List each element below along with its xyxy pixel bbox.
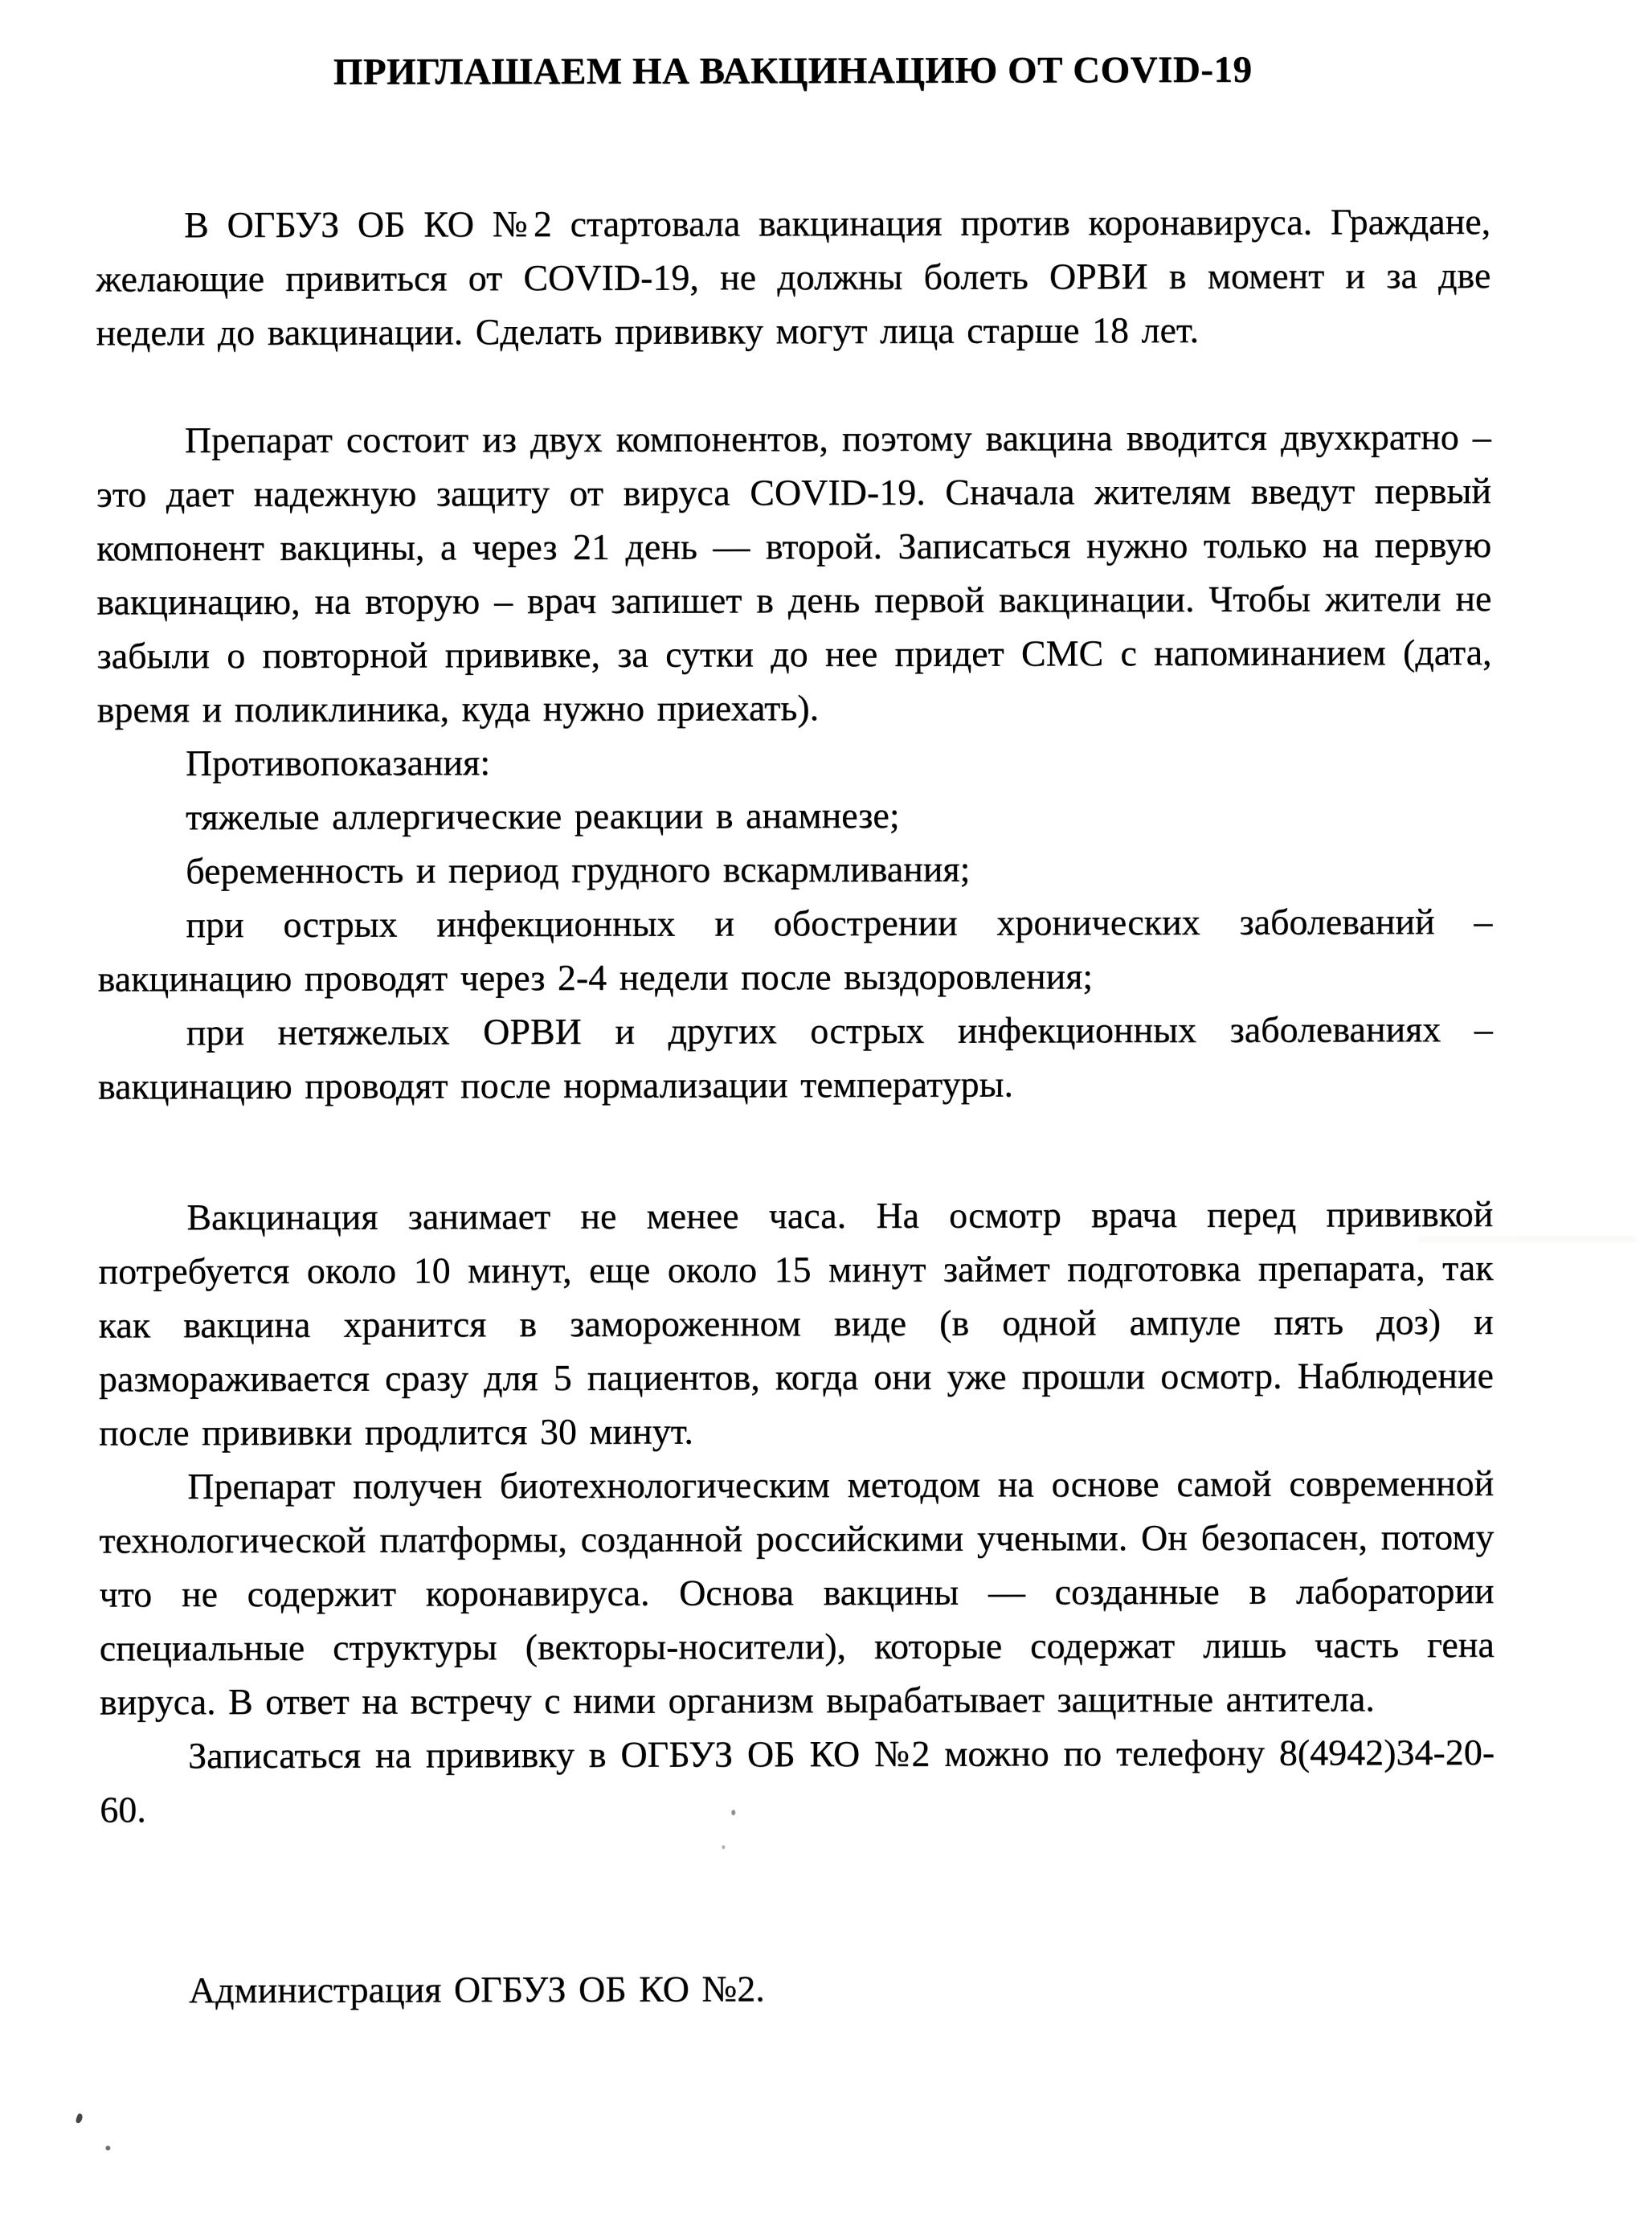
scan-speck	[731, 1810, 735, 1815]
document-title: ПРИГЛАШАЕМ НА ВАКЦИНАЦИЮ ОТ COVID-19	[96, 45, 1490, 97]
paragraph-two-components: Препарат состоит из двух компонентов, по…	[96, 410, 1492, 737]
contraindications-heading: Противопоказания:	[97, 733, 1492, 791]
scanned-document-page: ПРИГЛАШАЕМ НА ВАКЦИНАЦИЮ ОТ COVID-19 В О…	[0, 0, 1652, 2237]
scan-speck	[722, 1845, 725, 1849]
paragraph-vaccination-start: В ОГБУЗ ОБ КО №2 стартовала вакцинация п…	[96, 194, 1491, 360]
paragraph-biotechnology: Препарат получен биотехнологическим мето…	[99, 1456, 1495, 1729]
paragraph-procedure-duration: Вакцинация занимает не менее часа. На ос…	[98, 1187, 1494, 1460]
contraindication-item-acute-infections: при острых инфекционных и обострении хро…	[97, 894, 1492, 1006]
contraindication-item-allergy: тяжелые аллергические реакции в анамнезе…	[97, 787, 1492, 844]
signature-administration: Администрация ОГБУЗ ОБ КО №2.	[100, 1960, 1495, 2018]
paragraph-phone-signup: Записаться на прививку в ОГБУЗ ОБ КО №2 …	[100, 1725, 1495, 1837]
scan-smudge	[1414, 1233, 1639, 1245]
scan-speck	[76, 2113, 84, 2125]
contraindication-item-pregnancy: беременность и период грудного вскармлив…	[97, 840, 1492, 898]
scan-speck	[105, 2145, 110, 2150]
contraindication-item-mild-orvi: при нетяжелых ОРВИ и других острых инфек…	[98, 1002, 1493, 1114]
